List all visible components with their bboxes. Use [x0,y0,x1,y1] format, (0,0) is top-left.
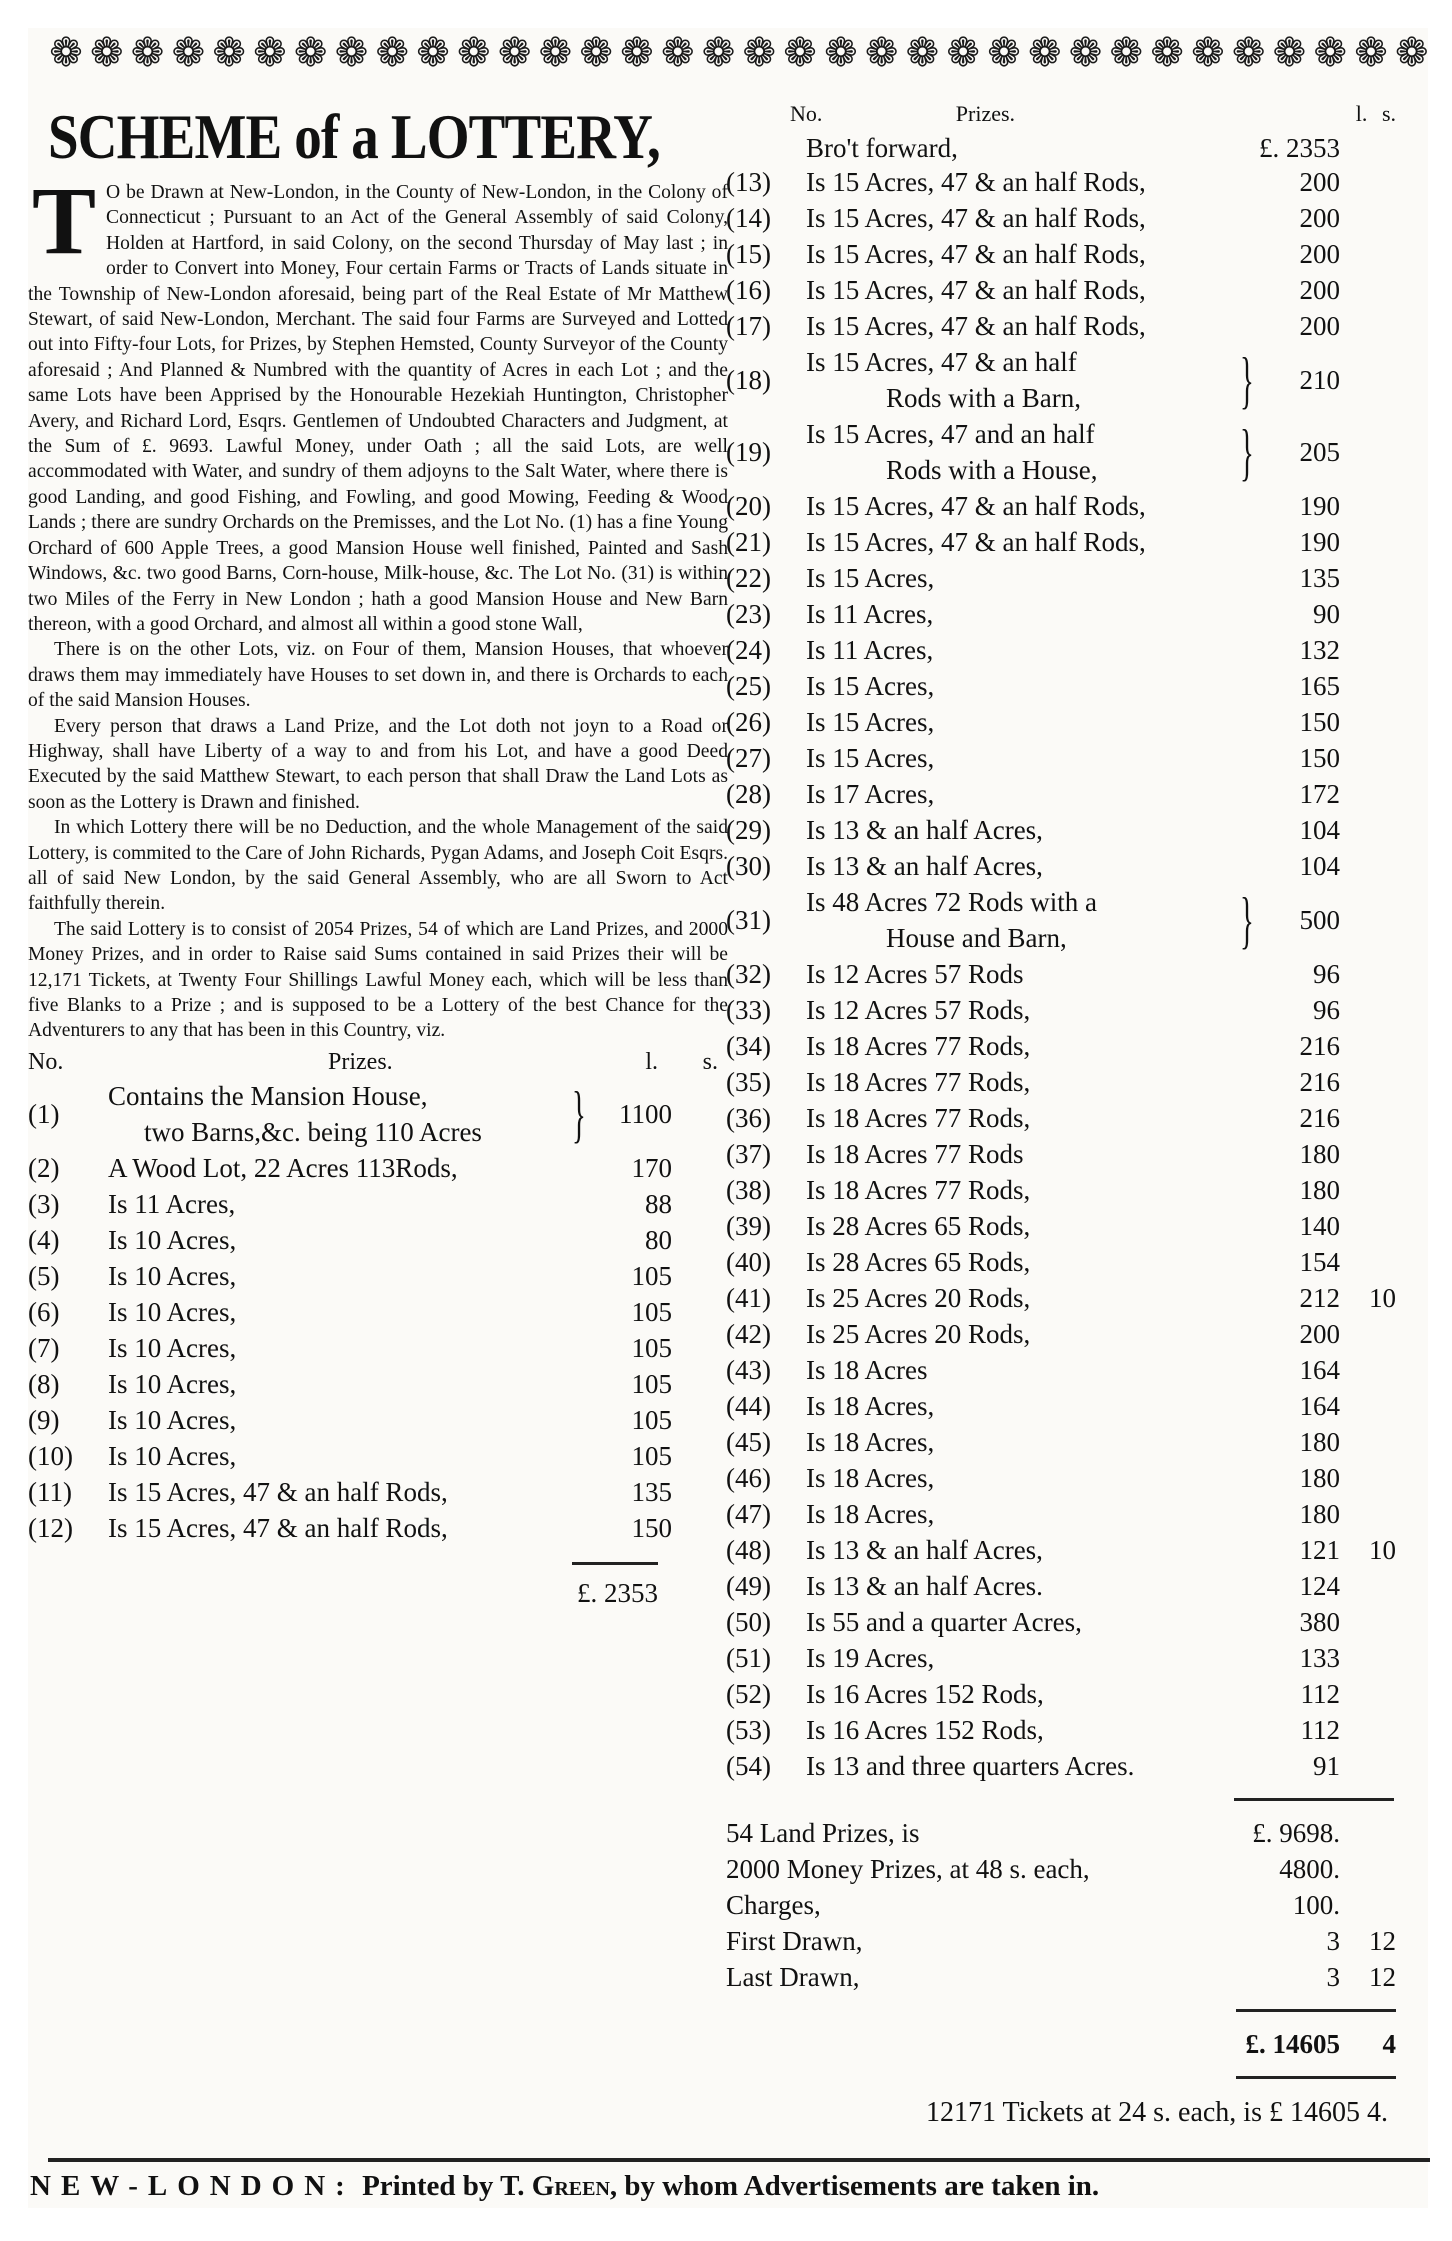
prize-pounds: 200 [1256,272,1340,308]
prize-pounds: 133 [1256,1640,1340,1676]
printer-imprint: NEW-LONDON: Printed by T. Green, by whom… [30,2168,1430,2204]
prize-shillings [1340,1676,1396,1712]
prize-description: Is 15 Acres, 47 & an half Rods, [806,308,1256,344]
prize-shillings [1340,1604,1396,1640]
prize-row: (20)Is 15 Acres, 47 & an half Rods,190 [726,488,1396,524]
prize-number: (31) [726,902,806,938]
prize-pounds: 112 [1256,1676,1340,1712]
prize-shillings [1340,1244,1396,1280]
prize-row: (49)Is 13 & an half Acres.124 [726,1568,1396,1604]
prize-description: Is 25 Acres 20 Rods, [806,1280,1256,1316]
prize-pounds: 150 [588,1510,672,1546]
header-prizes: Prizes. [328,1048,588,1078]
prize-shillings: 10 [1340,1532,1396,1568]
prize-row: (24)Is 11 Acres,132 [726,632,1396,668]
prize-row: (52)Is 16 Acres 152 Rods,112 [726,1676,1396,1712]
ornament-glyph-icon: ❁ [1027,30,1063,76]
ornament-glyph-icon: ❁ [1108,30,1144,76]
prize-number: (51) [726,1640,806,1676]
right-column: No. Prizes. l. s. Bro't forward, £. 2353… [726,100,1396,2131]
prize-pounds: 210 [1256,362,1340,398]
brace-icon: } [1240,422,1250,482]
prize-shillings [1340,1028,1396,1064]
prize-row: (28)Is 17 Acres,172 [726,776,1396,812]
intro-paragraph-2: There is on the other Lots, viz. on Four… [28,637,728,713]
prize-row: (16)Is 15 Acres, 47 & an half Rods,200 [726,272,1396,308]
prize-description: Is 13 and three quarters Acres. [806,1748,1256,1784]
prize-row: (48)Is 13 & an half Acres,12110 [726,1532,1396,1568]
prize-number: (50) [726,1604,806,1640]
ornament-glyph-icon: ❁ [48,30,84,76]
ornament-glyph-icon: ❁ [1190,30,1226,76]
prize-row: (36)Is 18 Acres 77 Rods,216 [726,1100,1396,1136]
prize-row: (22)Is 15 Acres,135 [726,560,1396,596]
prize-pounds: 154 [1256,1244,1340,1280]
summary-pounds: 3 [1180,1959,1340,1995]
prize-row: (32)Is 12 Acres 57 Rods96 [726,956,1396,992]
prize-number: (20) [726,488,806,524]
prize-shillings [1340,1100,1396,1136]
prize-pounds: 150 [1256,704,1340,740]
grand-total-pounds: £. 14605 [1180,2026,1340,2062]
prize-shillings [1340,1136,1396,1172]
prize-pounds: 91 [1256,1748,1340,1784]
ornament-glyph-icon: ❁ [130,30,166,76]
prize-number: (4) [28,1222,108,1258]
prize-shillings [1340,848,1396,884]
prize-description: Is 15 Acres, [806,560,1256,596]
summary-shillings [1340,1851,1396,1887]
prize-pounds: 200 [1256,236,1340,272]
prize-pounds: 200 [1256,1316,1340,1352]
prize-description: Is 15 Acres, 47 & an half Rods, [806,524,1256,560]
prize-description: Is 13 & an half Acres, [806,1532,1256,1568]
prize-number: (17) [726,308,806,344]
prize-description: Is 18 Acres 77 Rods, [806,1064,1256,1100]
header-no: No. [726,100,876,130]
prize-number: (10) [28,1438,108,1474]
prize-description: Is 18 Acres 77 Rods, [806,1100,1256,1136]
ornament-glyph-icon: ❁ [660,30,696,76]
prize-shillings [672,1330,728,1366]
prize-row: (23)Is 11 Acres,90 [726,596,1396,632]
prize-description: Is 18 Acres, [806,1496,1256,1532]
ornament-glyph-icon: ❁ [578,30,614,76]
brought-forward-label: Bro't forward, [806,130,1200,164]
prize-pounds: 205 [1256,434,1340,470]
ornament-glyph-icon: ❁ [374,30,410,76]
prize-row: (12)Is 15 Acres, 47 & an half Rods,150 [28,1510,728,1546]
prize-description: Is 11 Acres, [108,1186,588,1222]
prize-number: (26) [726,704,806,740]
subtotal-rule [572,1562,658,1565]
summary-pounds: 4800. [1180,1851,1340,1887]
prize-number: (18) [726,362,806,398]
prize-pounds: 190 [1256,488,1340,524]
ornament-glyph-icon: ❁ [864,30,900,76]
prize-shillings [1340,164,1396,200]
prize-number: (8) [28,1366,108,1402]
prize-pounds: 200 [1256,308,1340,344]
prize-row: (31)Is 48 Acres 72 Rods with aHouse and … [726,884,1396,956]
prize-number: (23) [726,596,806,632]
prize-description: Is 10 Acres, [108,1222,588,1258]
prize-description: Is 15 Acres, 47 & an half Rods, [806,236,1256,272]
prize-row: (47)Is 18 Acres,180 [726,1496,1396,1532]
prize-row: (53)Is 16 Acres 152 Rods,112 [726,1712,1396,1748]
prize-number: (22) [726,560,806,596]
prize-number: (25) [726,668,806,704]
footer-rule [48,2158,1430,2162]
prize-number: (54) [726,1748,806,1784]
prize-shillings [1340,956,1396,992]
prize-shillings [672,1294,728,1330]
right-prize-list: (13)Is 15 Acres, 47 & an half Rods,200(1… [726,164,1396,1784]
prize-number: (1) [28,1096,108,1132]
prize-pounds: 88 [588,1186,672,1222]
prize-row: (4)Is 10 Acres,80 [28,1222,728,1258]
prize-number: (36) [726,1100,806,1136]
prize-number: (30) [726,848,806,884]
prize-shillings [1340,1712,1396,1748]
intro-paragraph-3: Every person that draws a Land Prize, an… [28,714,728,816]
prize-pounds: 96 [1256,992,1340,1028]
prize-number: (42) [726,1316,806,1352]
prize-description: Is 15 Acres, [806,704,1256,740]
prize-shillings [1340,488,1396,524]
prize-description: Is 10 Acres, [108,1366,588,1402]
prize-row: (40)Is 28 Acres 65 Rods,154 [726,1244,1396,1280]
prize-pounds: 90 [1256,596,1340,632]
prize-row: (17)Is 15 Acres, 47 & an half Rods,200 [726,308,1396,344]
prize-description: Is 16 Acres 152 Rods, [806,1676,1256,1712]
prize-shillings [1340,1640,1396,1676]
prize-pounds: 105 [588,1366,672,1402]
summary-label: 54 Land Prizes, is [726,1815,1180,1851]
prize-number: (9) [28,1402,108,1438]
prize-shillings [1340,236,1396,272]
prize-row: (10)Is 10 Acres,105 [28,1438,728,1474]
prize-pounds: 170 [588,1150,672,1186]
prize-shillings [672,1222,728,1258]
prize-row: (19)Is 15 Acres, 47 and an halfRods with… [726,416,1396,488]
prize-number: (34) [726,1028,806,1064]
prize-pounds: 380 [1256,1604,1340,1640]
prize-number: (11) [28,1474,108,1510]
prize-description: Is 10 Acres, [108,1330,588,1366]
ornament-glyph-icon: ❁ [1312,30,1348,76]
prize-description: Is 16 Acres 152 Rods, [806,1712,1256,1748]
prize-pounds: 140 [1256,1208,1340,1244]
prize-pounds: 150 [1256,740,1340,776]
prize-description: Is 18 Acres 77 Rods [806,1136,1256,1172]
summary-row: 54 Land Prizes, is£. 9698. [726,1815,1396,1851]
prize-pounds: 500 [1256,902,1340,938]
prize-pounds: 105 [588,1438,672,1474]
summary-shillings [1340,1815,1396,1851]
ornament-glyph-icon: ❁ [701,30,737,76]
brace-icon: } [572,1084,582,1144]
prize-row: (7)Is 10 Acres,105 [28,1330,728,1366]
prize-number: (16) [726,272,806,308]
prize-row: (5)Is 10 Acres,105 [28,1258,728,1294]
prize-description: Is 11 Acres, [806,596,1256,632]
prize-pounds: 190 [1256,524,1340,560]
prize-number: (47) [726,1496,806,1532]
ornament-glyph-icon: ❁ [456,30,492,76]
prize-pounds: 164 [1256,1388,1340,1424]
prize-number: (14) [726,200,806,236]
prize-pounds: 105 [588,1402,672,1438]
prize-description: Is 15 Acres, [806,740,1256,776]
prize-row: (33)Is 12 Acres 57 Rods,96 [726,992,1396,1028]
prize-number: (40) [726,1244,806,1280]
prize-description: Is 17 Acres, [806,776,1256,812]
prize-row: (11)Is 15 Acres, 47 & an half Rods,135 [28,1474,728,1510]
prize-number: (35) [726,1064,806,1100]
prize-row: (13)Is 15 Acres, 47 & an half Rods,200 [726,164,1396,200]
drop-cap: T [32,184,96,258]
prize-shillings [672,1438,728,1474]
summary-label: 2000 Money Prizes, at 48 s. each, [726,1851,1180,1887]
prize-description: Is 18 Acres [806,1352,1256,1388]
grand-total-shillings: 4 [1340,2026,1396,2062]
header-prizes: Prizes. [876,100,1290,130]
left-column: TO be Drawn at New-London, in the County… [28,180,728,1611]
summary-row: First Drawn,312 [726,1923,1396,1959]
summary-label: First Drawn, [726,1923,1180,1959]
summary-row: 2000 Money Prizes, at 48 s. each,4800. [726,1851,1396,1887]
ornament-glyph-icon: ❁ [1271,30,1307,76]
prize-pounds: 216 [1256,1064,1340,1100]
prize-shillings [672,1186,728,1222]
prize-pounds: 180 [1256,1496,1340,1532]
prize-shillings [672,1150,728,1186]
prize-number: (13) [726,164,806,200]
prize-row: (6)Is 10 Acres,105 [28,1294,728,1330]
prize-description: Is 18 Acres, [806,1460,1256,1496]
prize-row: (1)Contains the Mansion House,two Barns,… [28,1078,728,1150]
prize-shillings [1340,1460,1396,1496]
brace-icon: } [1240,350,1250,410]
prize-number: (7) [28,1330,108,1366]
prize-pounds: 1100 [588,1096,672,1132]
prize-row: (46)Is 18 Acres,180 [726,1460,1396,1496]
prize-pounds: 105 [588,1294,672,1330]
ornament-glyph-icon: ❁ [619,30,655,76]
prize-description: Is 15 Acres, 47 & an half Rods, [108,1510,588,1546]
prize-description: Is 15 Acres, 47 & an half Rods, [806,200,1256,236]
ornament-glyph-icon: ❁ [823,30,859,76]
intro-paragraph-4: In which Lottery there will be no Deduct… [28,815,728,917]
imprint-town: NEW-LONDON: [30,2170,355,2202]
prize-description: Is 10 Acres, [108,1294,588,1330]
prize-shillings [1340,1316,1396,1352]
prize-row: (15)Is 15 Acres, 47 & an half Rods,200 [726,236,1396,272]
left-column-total: £. 2353 [577,1575,658,1611]
prize-shillings [672,1258,728,1294]
prize-row: (30)Is 13 & an half Acres,104 [726,848,1396,884]
prize-pounds: 105 [588,1330,672,1366]
header-pounds: l. [1289,100,1367,130]
prize-number: (19) [726,434,806,470]
summary-shillings: 12 [1340,1959,1396,1995]
prize-number: (6) [28,1294,108,1330]
prize-shillings [1340,812,1396,848]
prize-row: (51)Is 19 Acres,133 [726,1640,1396,1676]
prize-shillings [672,1474,728,1510]
summary-label: Last Drawn, [726,1959,1180,1995]
prize-pounds: 180 [1256,1136,1340,1172]
ornament-glyph-icon: ❁ [1394,30,1430,76]
ornament-glyph-icon: ❁ [333,30,369,76]
prize-pounds: 216 [1256,1028,1340,1064]
prize-description: Is 15 Acres, 47 & an halfRods with a Bar… [806,344,1234,416]
summary-pounds: £. 9698. [1180,1815,1340,1851]
ornament-glyph-icon: ❁ [1149,30,1185,76]
prize-row: (35)Is 18 Acres 77 Rods,216 [726,1064,1396,1100]
prize-row: (44)Is 18 Acres,164 [726,1388,1396,1424]
prize-pounds: 104 [1256,848,1340,884]
header-pounds: l. [588,1048,658,1078]
prize-row: (34)Is 18 Acres 77 Rods,216 [726,1028,1396,1064]
prize-description: Is 10 Acres, [108,1258,588,1294]
prize-number: (45) [726,1424,806,1460]
prize-shillings [672,1510,728,1546]
prize-description: Is 28 Acres 65 Rods, [806,1208,1256,1244]
grand-total-rule-bottom [1236,2076,1396,2079]
prize-pounds: 180 [1256,1424,1340,1460]
prize-shillings [1340,1424,1396,1460]
prize-description: Is 18 Acres, [806,1424,1256,1460]
tickets-line: 12171 Tickets at 24 s. each, is £ 14605 … [726,2095,1396,2131]
prize-description: Is 11 Acres, [806,632,1256,668]
prize-shillings [1340,1208,1396,1244]
summary-shillings: 12 [1340,1923,1396,1959]
summary-pounds: 100. [1180,1887,1340,1923]
prize-number: (33) [726,992,806,1028]
prize-pounds: 112 [1256,1712,1340,1748]
summary-row: Last Drawn,312 [726,1959,1396,1995]
left-table-header: No. Prizes. l. s. [28,1048,728,1078]
prize-pounds: 172 [1256,776,1340,812]
prize-description: Is 28 Acres 65 Rods, [806,1244,1256,1280]
header-shillings: s. [658,1048,718,1078]
intro-paragraph-5: The said Lottery is to consist of 2054 P… [28,917,728,1044]
prize-row: (14)Is 15 Acres, 47 & an half Rods,200 [726,200,1396,236]
prize-row: (2)A Wood Lot, 22 Acres 113Rods,170 [28,1150,728,1186]
prize-number: (38) [726,1172,806,1208]
prize-shillings [1340,524,1396,560]
prize-shillings [672,1402,728,1438]
ornament-glyph-icon: ❁ [211,30,247,76]
prize-row: (3)Is 11 Acres,88 [28,1186,728,1222]
prize-number: (49) [726,1568,806,1604]
prize-number: (24) [726,632,806,668]
ornament-glyph-icon: ❁ [741,30,777,76]
prize-shillings [1340,308,1396,344]
prize-description: Is 13 & an half Acres, [806,812,1256,848]
right-table-header: No. Prizes. l. s. [726,100,1396,130]
prize-description: Is 13 & an half Acres, [806,848,1256,884]
ornament-glyph-icon: ❁ [89,30,125,76]
prize-row: (39)Is 28 Acres 65 Rods,140 [726,1208,1396,1244]
prize-description: Is 25 Acres 20 Rods, [806,1316,1256,1352]
summary-list: 54 Land Prizes, is£. 9698.2000 Money Pri… [726,1815,1396,1995]
brace-icon: } [1240,890,1250,950]
prize-row: (26)Is 15 Acres,150 [726,704,1396,740]
prize-pounds: 135 [1256,560,1340,596]
prize-shillings [1340,200,1396,236]
prize-row: (25)Is 15 Acres,165 [726,668,1396,704]
ornament-glyph-icon: ❁ [497,30,533,76]
prize-row: (29)Is 13 & an half Acres,104 [726,812,1396,848]
prize-number: (27) [726,740,806,776]
prize-number: (46) [726,1460,806,1496]
prize-row: (41)Is 25 Acres 20 Rods,21210 [726,1280,1396,1316]
prize-shillings [1340,704,1396,740]
prize-number: (15) [726,236,806,272]
prize-shillings [1340,1496,1396,1532]
prize-number: (2) [28,1150,108,1186]
prize-description: Is 18 Acres 77 Rods, [806,1172,1256,1208]
prize-row: (21)Is 15 Acres, 47 & an half Rods,190 [726,524,1396,560]
prize-pounds: 164 [1256,1352,1340,1388]
prize-description: Is 12 Acres 57 Rods, [806,992,1256,1028]
imprint-printer: Green [532,2170,610,2202]
ornament-glyph-icon: ❁ [252,30,288,76]
prize-row: (45)Is 18 Acres,180 [726,1424,1396,1460]
prize-number: (44) [726,1388,806,1424]
prize-description: Contains the Mansion House,two Barns,&c.… [108,1078,566,1150]
prize-row: (27)Is 15 Acres,150 [726,740,1396,776]
prize-pounds: 132 [1256,632,1340,668]
prize-number: (53) [726,1712,806,1748]
prize-description: Is 55 and a quarter Acres, [806,1604,1256,1640]
brought-forward-row: Bro't forward, £. 2353 [726,130,1396,164]
prize-description: A Wood Lot, 22 Acres 113Rods, [108,1150,588,1186]
prize-shillings [1340,1064,1396,1100]
prize-description: Is 15 Acres, 47 & an half Rods, [806,488,1256,524]
prize-row: (42)Is 25 Acres 20 Rods,200 [726,1316,1396,1352]
prize-shillings: 10 [1340,1280,1396,1316]
prize-description: Is 15 Acres, 47 & an half Rods, [806,272,1256,308]
prize-description: Is 15 Acres, 47 & an half Rods, [108,1474,588,1510]
brought-forward-value: £. 2353 [1200,130,1340,164]
prize-pounds: 180 [1256,1460,1340,1496]
ornament-glyph-icon: ❁ [904,30,940,76]
prize-number: (5) [28,1258,108,1294]
prize-number: (39) [726,1208,806,1244]
prize-number: (37) [726,1136,806,1172]
prize-number: (41) [726,1280,806,1316]
intro-paragraph-1: TO be Drawn at New-London, in the County… [28,180,728,637]
prize-pounds: 216 [1256,1100,1340,1136]
grand-total-row: £. 14605 4 [726,2026,1396,2062]
prize-shillings [1340,1352,1396,1388]
summary-row: Charges,100. [726,1887,1396,1923]
prize-description: Is 13 & an half Acres. [806,1568,1256,1604]
prize-number: (21) [726,524,806,560]
prize-number: (52) [726,1676,806,1712]
ornament-glyph-icon: ❁ [782,30,818,76]
prize-row: (9)Is 10 Acres,105 [28,1402,728,1438]
ornament-glyph-icon: ❁ [1353,30,1389,76]
prize-pounds: 212 [1256,1280,1340,1316]
prize-description: Is 10 Acres, [108,1402,588,1438]
prize-shillings [1340,776,1396,812]
ornament-glyph-icon: ❁ [945,30,981,76]
